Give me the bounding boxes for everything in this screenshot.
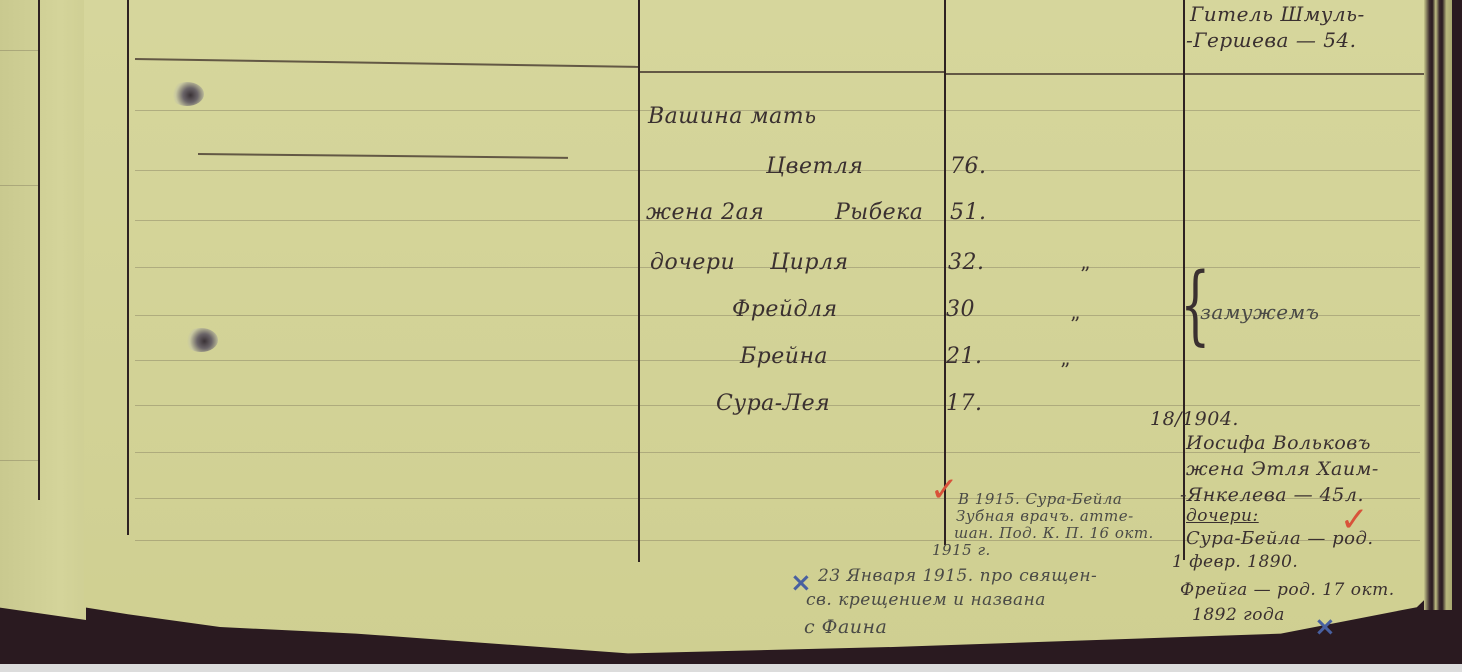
ditto-mark: ” (1070, 312, 1080, 336)
member-relation: жена 2ая (646, 200, 764, 225)
member-name: Рыбека (835, 200, 923, 225)
member-age: 21. (946, 344, 983, 369)
annotation-line: В 1915. Сура-Бейла (958, 490, 1122, 508)
blue-cross-icon: × (790, 568, 812, 598)
column-rule (944, 0, 946, 545)
annotation-line: 1915 г. (932, 541, 991, 559)
member-age: 30 (946, 297, 975, 322)
paper-hole (184, 328, 218, 352)
annotation-line: шан. Под. К. П. 16 окт. (954, 524, 1154, 542)
ditto-mark: ” (1060, 358, 1070, 382)
left-page-rule (38, 0, 40, 500)
household-heading: Вашина мать (648, 104, 817, 129)
new-entry-line2: жена Этля Хаим- (1186, 458, 1379, 480)
member-relation: дочери (650, 250, 735, 275)
annotation-line: св. крещением и названа (806, 590, 1046, 610)
member-age: 51. (950, 200, 987, 225)
new-entry-line3: -Янкелева — 45л. (1180, 484, 1364, 506)
left-ruling (0, 460, 38, 461)
red-check-icon: ✓ (1340, 500, 1369, 540)
member-age: 76. (950, 154, 987, 179)
blue-cross-icon: × (1314, 612, 1336, 642)
ditto-mark: ” (1080, 262, 1090, 286)
new-entry-line8: 1892 года (1192, 605, 1285, 625)
member-name: Цветля (766, 154, 863, 179)
section-rule (640, 71, 945, 73)
column-rule (638, 0, 640, 562)
annotation-line: 23 Января 1915. про священ- (818, 566, 1097, 586)
red-check-icon: ✓ (930, 470, 959, 510)
member-name: Фрейдля (732, 297, 838, 322)
section-rule (945, 73, 1425, 75)
left-ruling (0, 50, 38, 51)
column-rule (127, 0, 129, 535)
bracket-note: замужемъ (1200, 300, 1320, 324)
new-entry-line7: Фрейга — род. 17 окт. (1180, 580, 1395, 600)
prior-entry-line1: Гитель Шмуль- (1190, 2, 1365, 26)
left-page-edge (0, 0, 86, 620)
register-scan: Гитель Шмуль- -Гершева — 54. Вашина мать… (0, 0, 1462, 664)
member-name: Брейна (740, 344, 828, 369)
paper-hole (170, 82, 204, 106)
book-spine-edge (1424, 0, 1452, 610)
member-age: 32. (948, 250, 985, 275)
ledger-line (135, 220, 1420, 221)
member-name: Цирля (770, 250, 849, 275)
date-note: 18/1904. (1150, 408, 1239, 430)
daughters-label: дочери: (1186, 506, 1259, 526)
member-age: 17. (946, 391, 983, 416)
new-entry-line1: Иосифа Вольковъ (1186, 432, 1371, 454)
annotation-line: Зубная врачъ. атте- (956, 507, 1134, 525)
member-name: Сура-Лея (716, 391, 830, 416)
left-ruling (0, 185, 38, 186)
prior-entry-line2: -Гершева — 54. (1186, 28, 1357, 52)
annotation-line: с Фаина (804, 616, 887, 638)
new-entry-line6: 1 февр. 1890. (1172, 552, 1298, 572)
